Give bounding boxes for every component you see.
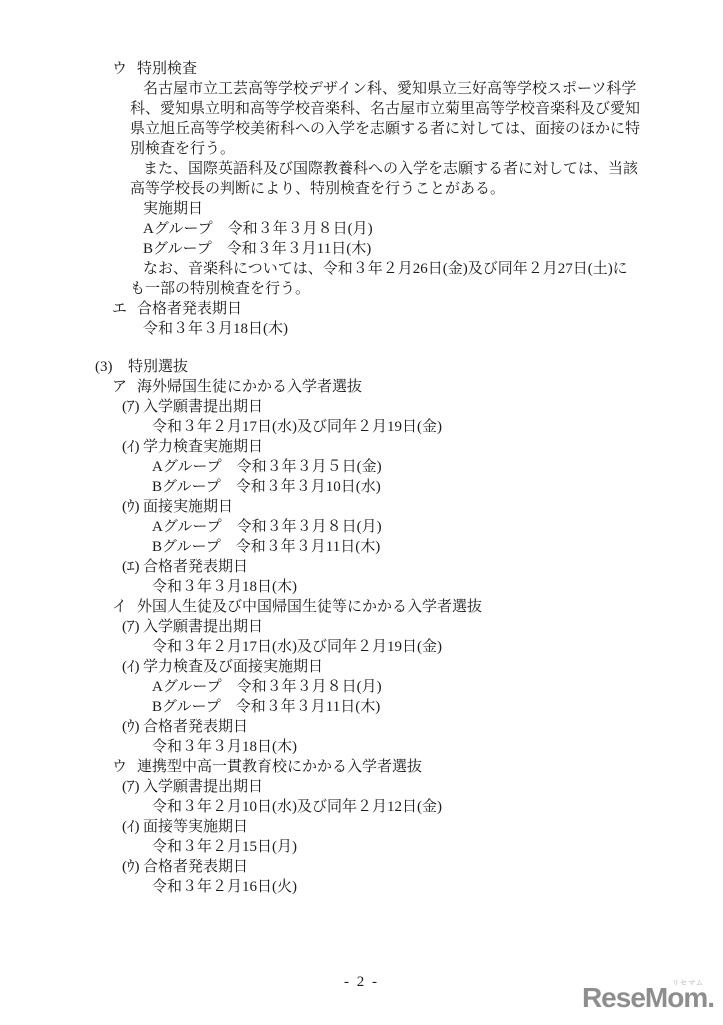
line-text: 入学願書提出期日: [143, 619, 263, 635]
line-marker: (ｱ): [122, 617, 143, 637]
line-text: Bグループ 令和３年３月11日(木): [143, 241, 371, 257]
line-marker: (ｲ): [122, 657, 143, 677]
document-line: Bグループ 令和３年３月10日(水): [152, 477, 723, 497]
line-text: 別検査を行う。: [130, 141, 235, 157]
document-body: ウ特別検査名古屋市立工芸高等学校デザイン科、愛知県立三好高等学校スポーツ科学科、…: [0, 59, 723, 897]
document-line: 令和３年２月17日(水)及び同年２月19日(金): [152, 417, 723, 437]
line-text: 令和３年２月17日(水)及び同年２月19日(金): [152, 639, 442, 655]
line-text: 学力検査実施期日: [143, 439, 263, 455]
line-text: また、国際英語科及び国際教養科への入学を志願する者に対しては、当該: [143, 161, 638, 177]
line-text: 令和３年２月16日(火): [152, 879, 297, 895]
document-line: 令和３年２月17日(水)及び同年２月19日(金): [152, 637, 723, 657]
line-text: 令和３年２月10日(水)及び同年２月12日(金): [152, 799, 442, 815]
document-line: ア海外帰国生徒にかかる入学者選抜: [112, 377, 723, 397]
document-line: エ合格者発表期日: [112, 299, 723, 319]
line-marker: (3): [95, 357, 128, 377]
document-line: (ｲ)学力検査及び面接実施期日: [122, 657, 723, 677]
document-line: Aグループ 令和３年３月８日(月): [152, 517, 723, 537]
document-page: ウ特別検査名古屋市立工芸高等学校デザイン科、愛知県立三好高等学校スポーツ科学科、…: [0, 0, 723, 1025]
line-text: Bグループ 令和３年３月10日(水): [152, 479, 381, 495]
document-line: (ｳ)合格者発表期日: [122, 717, 723, 737]
document-line: (ｱ)入学願書提出期日: [122, 777, 723, 797]
line-marker: エ: [112, 299, 137, 319]
logo-ruby-text: リセマム: [672, 978, 704, 988]
document-line: (ｱ)入学願書提出期日: [122, 617, 723, 637]
document-line: Bグループ 令和３年３月11日(木): [152, 697, 723, 717]
document-line: Bグループ 令和３年３月11日(木): [152, 537, 723, 557]
line-text: Aグループ 令和３年３月８日(月): [152, 679, 382, 695]
line-text: Aグループ 令和３年３月８日(月): [152, 519, 382, 535]
line-text: 合格者発表期日: [143, 859, 248, 875]
line-text: 名古屋市立工芸高等学校デザイン科、愛知県立三好高等学校スポーツ科学: [143, 81, 636, 97]
line-text: 令和３年２月15日(月): [152, 839, 297, 855]
document-line: 高等学校長の判断により、特別検査を行うことがある。: [130, 179, 723, 199]
line-text: Bグループ 令和３年３月11日(木): [152, 539, 380, 555]
document-line: ウ連携型中高一貫教育校にかかる入学者選抜: [112, 757, 723, 777]
line-marker: (ｱ): [122, 397, 143, 417]
line-text: も一部の特別検査を行う。: [130, 281, 310, 297]
line-text: 令和３年２月17日(水)及び同年２月19日(金): [152, 419, 442, 435]
document-line: Aグループ 令和３年３月５日(金): [152, 457, 723, 477]
document-line: (ｲ)学力検査実施期日: [122, 437, 723, 457]
document-line: 実施期日: [143, 199, 723, 219]
line-text: Bグループ 令和３年３月11日(木): [152, 699, 380, 715]
line-text: 連携型中高一貫教育校にかかる入学者選抜: [137, 759, 422, 775]
line-text: 合格者発表期日: [137, 301, 242, 317]
line-text: なお、音楽科については、令和３年２月26日(金)及び同年２月27日(土)に: [143, 261, 628, 277]
document-line: 名古屋市立工芸高等学校デザイン科、愛知県立三好高等学校スポーツ科学: [143, 79, 723, 99]
line-text: Aグループ 令和３年３月８日(月): [143, 221, 373, 237]
line-marker: (ｲ): [122, 817, 143, 837]
document-line: 令和３年２月10日(水)及び同年２月12日(金): [152, 797, 723, 817]
document-line: 令和３年２月16日(火): [152, 877, 723, 897]
document-line: また、国際英語科及び国際教養科への入学を志願する者に対しては、当該: [143, 159, 723, 179]
document-line: Aグループ 令和３年３月８日(月): [143, 219, 723, 239]
line-marker: ウ: [112, 757, 137, 777]
document-line: 県立旭丘高等学校美術科への入学を志願する者に対しては、面接のほかに特: [130, 119, 723, 139]
document-line: (ｳ)面接実施期日: [122, 497, 723, 517]
line-text: 面接実施期日: [143, 499, 233, 515]
line-text: 特別選抜: [128, 359, 188, 375]
document-line: (ｳ)合格者発表期日: [122, 857, 723, 877]
document-line: (ｱ)入学願書提出期日: [122, 397, 723, 417]
line-text: 合格者発表期日: [143, 719, 248, 735]
line-text: 海外帰国生徒にかかる入学者選抜: [137, 379, 362, 395]
line-text: 入学願書提出期日: [143, 399, 263, 415]
document-line: ウ特別検査: [112, 59, 723, 79]
document-line: 科、愛知県立明和高等学校音楽科、名古屋市立菊里高等学校音楽科及び愛知: [130, 99, 723, 119]
line-text: 特別検査: [137, 61, 197, 77]
line-marker: イ: [112, 597, 137, 617]
line-marker: ウ: [112, 59, 137, 79]
document-line: 令和３年２月15日(月): [152, 837, 723, 857]
line-text: 高等学校長の判断により、特別検査を行うことがある。: [130, 181, 505, 197]
document-line: (ｴ)合格者発表期日: [122, 557, 723, 577]
line-text: 県立旭丘高等学校美術科への入学を志願する者に対しては、面接のほかに特: [130, 121, 640, 137]
line-text: 入学願書提出期日: [143, 779, 263, 795]
line-text: 令和３年３月18日(木): [143, 321, 288, 337]
document-line: 別検査を行う。: [130, 139, 723, 159]
line-marker: (ｳ): [122, 497, 143, 517]
line-text: 合格者発表期日: [143, 559, 248, 575]
line-text: 面接等実施期日: [143, 819, 248, 835]
document-line: イ外国人生徒及び中国帰国生徒等にかかる入学者選抜: [112, 597, 723, 617]
document-line: (ｲ)面接等実施期日: [122, 817, 723, 837]
document-line: Aグループ 令和３年３月８日(月): [152, 677, 723, 697]
document-line: なお、音楽科については、令和３年２月26日(金)及び同年２月27日(土)に: [143, 259, 723, 279]
line-marker: (ｲ): [122, 437, 143, 457]
line-marker: (ｳ): [122, 857, 143, 877]
line-marker: (ｴ): [122, 557, 143, 577]
line-text: Aグループ 令和３年３月５日(金): [152, 459, 382, 475]
document-line: 令和３年３月18日(木): [152, 577, 723, 597]
line-text: 外国人生徒及び中国帰国生徒等にかかる入学者選抜: [137, 599, 482, 615]
line-text: 科、愛知県立明和高等学校音楽科、名古屋市立菊里高等学校音楽科及び愛知: [130, 101, 640, 117]
document-line: (3)特別選抜: [95, 357, 723, 377]
line-marker: (ｱ): [122, 777, 143, 797]
blank-line: [0, 339, 723, 357]
resemom-logo: リセマムReseMom.: [582, 982, 714, 1014]
line-marker: (ｳ): [122, 717, 143, 737]
line-text: 実施期日: [143, 201, 203, 217]
document-line: 令和３年３月18日(木): [143, 319, 723, 339]
line-marker: ア: [112, 377, 137, 397]
line-text: 令和３年３月18日(木): [152, 579, 297, 595]
line-text: 令和３年３月18日(木): [152, 739, 297, 755]
document-line: 令和３年３月18日(木): [152, 737, 723, 757]
line-text: 学力検査及び面接実施期日: [143, 659, 323, 675]
document-line: も一部の特別検査を行う。: [130, 279, 723, 299]
document-line: Bグループ 令和３年３月11日(木): [143, 239, 723, 259]
